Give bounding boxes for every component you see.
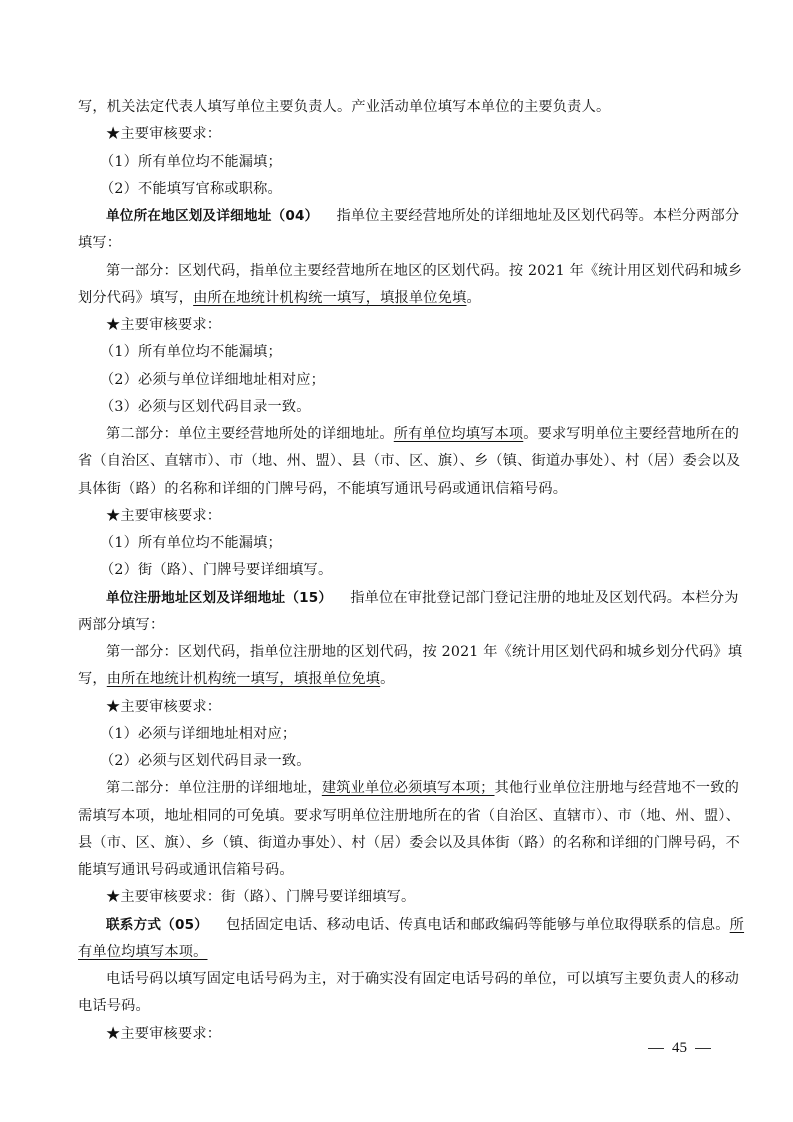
requirement-item: （1）所有单位均不能漏填； (78, 149, 718, 176)
requirement-item: （2）不能填写官称或职称。 (78, 176, 718, 203)
section-04-desc: 指单位主要经营地所处的详细地址及区划代码等。本栏分两部分 (336, 208, 739, 224)
page-footer: 45 (640, 1040, 719, 1057)
text-line: 填写： (78, 230, 718, 257)
text-span: 。要求写明单位主要经营地所在的 (523, 426, 739, 442)
review-requirements-heading: ★主要审核要求： (78, 121, 718, 148)
requirement-item: （2）必须与单位详细地址相对应； (78, 367, 718, 394)
requirement-item: （1）必须与详细地址相对应； (78, 721, 718, 748)
review-requirements-heading: ★主要审核要求： (78, 694, 718, 721)
underlined-note: 所 (730, 917, 744, 933)
underlined-note: 建筑业单位必须填写本项； (322, 780, 495, 796)
requirement-item: （2）必须与区划代码目录一致。 (78, 748, 718, 775)
review-requirements-heading: ★主要审核要求： (78, 503, 718, 530)
text-span: 第二部分：单位主要经营地所处的详细地址。 (106, 426, 394, 442)
text-line: 能填写通讯号码或通讯信箱号码。 (78, 857, 718, 884)
text-span: 写， (78, 671, 107, 687)
dash-decoration (648, 1048, 664, 1049)
review-requirements-heading: ★主要审核要求： (78, 1021, 718, 1048)
section-15-desc: 指单位在审批登记部门登记注册的地址及区划代码。本栏分为 (350, 590, 738, 606)
text-span: 。 (380, 671, 394, 687)
text-line: 写，由所在地统计机构统一填写，填报单位免填。 (78, 666, 718, 693)
section-04-title: 单位所在地区划及详细地址（04） (106, 208, 318, 224)
text-line: 具体街（路）的名称和详细的门牌号码，不能填写通讯号码或通讯信箱号码。 (78, 476, 718, 503)
text-line: 两部分填写： (78, 612, 718, 639)
text-line: 第二部分：单位主要经营地所处的详细地址。所有单位均填写本项。要求写明单位主要经营… (78, 421, 718, 448)
underlined-note: 所有单位均填写本项 (394, 426, 524, 442)
underlined-note: 由所在地统计机构统一填写，填报单位免填 (107, 671, 380, 687)
requirement-item: （1）所有单位均不能漏填； (78, 339, 718, 366)
text-line: 写，机关法定代表人填写单位主要负责人。产业活动单位填写本单位的主要负责人。 (78, 94, 718, 121)
text-span: 第二部分：单位注册的详细地址， (106, 780, 322, 796)
text-line: 第一部分：区划代码，指单位注册地的区划代码，按 2021 年《统计用区划代码和城… (78, 639, 718, 666)
text-line: 需填写本项，地址相同的可免填。要求写明单位注册地所在的省（自治区、直辖市）、市（… (78, 803, 718, 830)
review-requirements-heading: ★主要审核要求：街（路）、门牌号要详细填写。 (78, 884, 718, 911)
page-number: 45 (672, 1040, 687, 1056)
text-line: 划分代码》填写，由所在地统计机构统一填写，填报单位免填。 (78, 285, 718, 312)
text-span: 。 (466, 290, 480, 306)
underlined-note: 有单位均填写本项。 (78, 944, 208, 960)
requirement-item: （1）所有单位均不能漏填； (78, 530, 718, 557)
text-line: 第二部分：单位注册的详细地址，建筑业单位必须填写本项；其他行业单位注册地与经营地… (78, 775, 718, 802)
review-requirements-heading: ★主要审核要求： (78, 312, 718, 339)
requirement-item: （2）街（路）、门牌号要详细填写。 (78, 557, 718, 584)
section-15-title: 单位注册地址区划及详细地址（15） (106, 590, 332, 606)
text-line: 县（市、区、旗）、乡（镇、街道办事处）、村（居）委会以及具体街（路）的名称和详细… (78, 830, 718, 857)
section-05-heading-line: 联系方式（05）包括固定电话、移动电话、传真电话和邮政编码等能够与单位取得联系的… (78, 912, 718, 939)
section-15-heading-line: 单位注册地址区划及详细地址（15）指单位在审批登记部门登记注册的地址及区划代码。… (78, 585, 718, 612)
requirement-item: （3）必须与区划代码目录一致。 (78, 394, 718, 421)
section-04-heading-line: 单位所在地区划及详细地址（04）指单位主要经营地所处的详细地址及区划代码等。本栏… (78, 203, 718, 230)
text-line: 第一部分：区划代码，指单位主要经营地所在地区的区划代码。按 2021 年《统计用… (78, 258, 718, 285)
document-page: 写，机关法定代表人填写单位主要负责人。产业活动单位填写本单位的主要负责人。 ★主… (78, 94, 718, 1048)
dash-decoration (695, 1048, 711, 1049)
text-span: 其他行业单位注册地与经营地不一致的 (494, 780, 739, 796)
text-line: 省（自治区、直辖市）、市（地、州、盟）、县（市、区、旗）、乡（镇、街道办事处）、… (78, 448, 718, 475)
text-span: 划分代码》填写， (78, 290, 193, 306)
text-line: 有单位均填写本项。 (78, 939, 718, 966)
text-line: 电话号码以填写固定电话号码为主，对于确实没有固定电话号码的单位，可以填写主要负责… (78, 966, 718, 993)
text-line: 电话号码。 (78, 993, 718, 1020)
underlined-note: 由所在地统计机构统一填写，填报单位免填 (193, 290, 466, 306)
section-05-desc: 包括固定电话、移动电话、传真电话和邮政编码等能够与单位取得联系的信息。 (226, 917, 730, 933)
section-05-title: 联系方式（05） (106, 917, 208, 933)
